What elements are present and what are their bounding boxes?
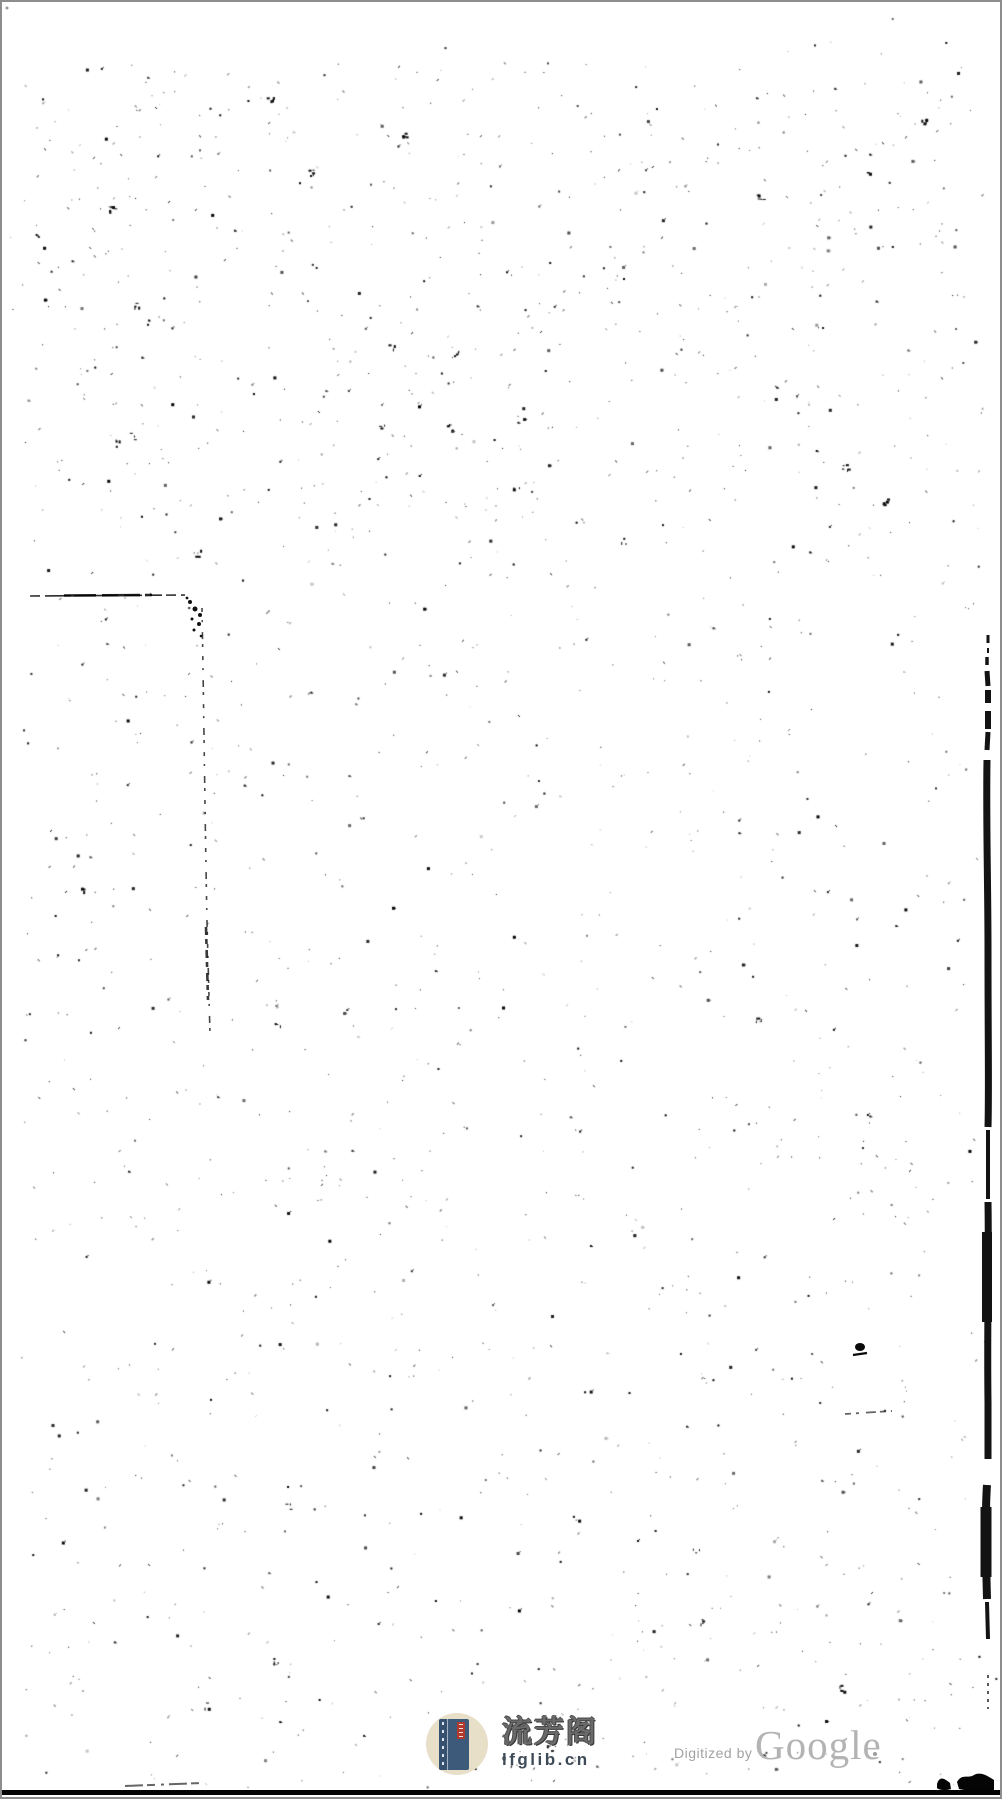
right-ink-streak-artifact <box>2 2 1002 1799</box>
google-logo-period <box>873 1752 877 1756</box>
bottom-border-band <box>2 1790 1000 1795</box>
scan-noise-layer <box>2 2 1002 1799</box>
watermark-circle <box>426 1713 488 1775</box>
watermark-site-url: lfglib.cn <box>502 1750 598 1770</box>
book-stitches <box>442 1722 444 1767</box>
watermark-site-name: 流芳阁 <box>502 1717 598 1749</box>
digitized-by-label: Digitized by <box>674 1745 752 1761</box>
book-spine <box>439 1719 448 1770</box>
bottom-edge-artifacts <box>2 2 1002 1799</box>
book-title-label <box>457 1722 465 1739</box>
stamp-corner-speckles <box>186 597 203 638</box>
watermark-text-block: 流芳阁 lfglib.cn <box>502 1717 598 1770</box>
stitched-book-icon <box>439 1719 469 1770</box>
google-logo: Google <box>755 1725 882 1766</box>
stamp-outline-artifact <box>2 2 1002 1799</box>
scanned-book-page: 流芳阁 lfglib.cn Digitized by Google <box>0 0 1002 1799</box>
site-watermark: 流芳阁 lfglib.cn <box>426 1713 598 1775</box>
